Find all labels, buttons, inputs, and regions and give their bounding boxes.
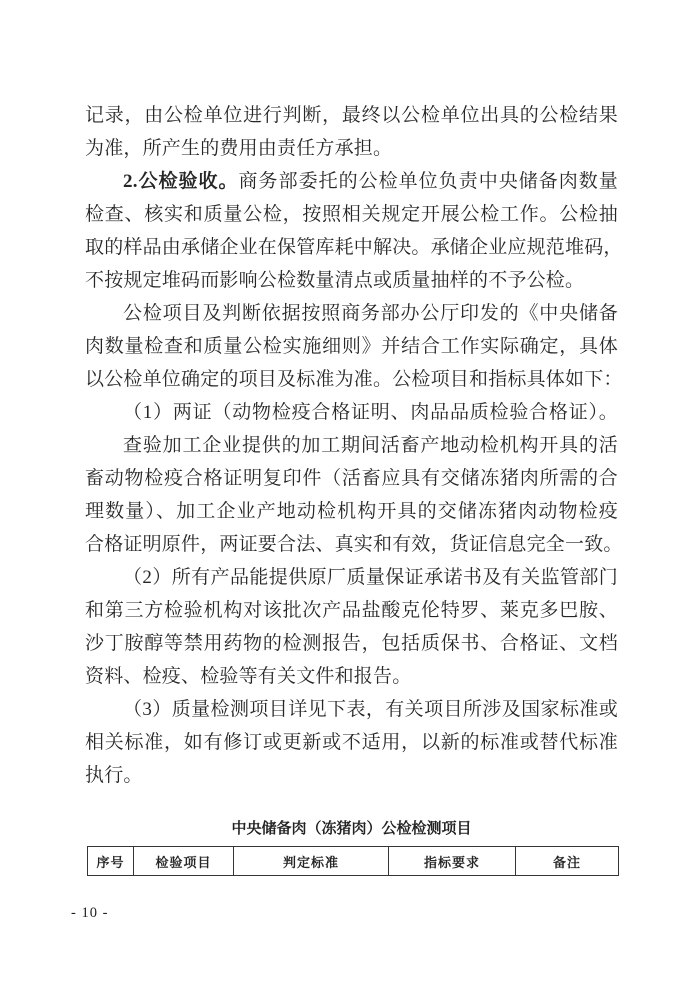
- body-line: 沙丁胺醇等禁用药物的检测报告，包括质保书、合格证、文档: [85, 627, 618, 660]
- body-line: 公检项目及判断依据按照商务部办公厅印发的《中央储备: [85, 297, 618, 330]
- document-page: 记录，由公检单位进行判断，最终以公检单位出具的公检结果 为准，所产生的费用由责任…: [0, 0, 700, 989]
- body-line: 查验加工企业提供的加工期间活畜产地动检机构开具的活: [85, 429, 618, 462]
- body-line: 不按规定堆码而影响公检数量清点或质量抽样的不予公检。: [85, 264, 618, 297]
- body-line: （1）两证（动物检疫合格证明、肉品品质检验合格证）。: [85, 396, 618, 429]
- body-line: 和第三方检验机构对该批次产品盐酸克伦特罗、莱克多巴胺、: [85, 594, 618, 627]
- body-text: 记录，由公检单位进行判断，最终以公检单位出具的公检结果 为准，所产生的费用由责任…: [85, 99, 618, 792]
- body-line: 理数量）、加工企业产地动检机构开具的交储冻猪肉动物检疫: [85, 495, 618, 528]
- body-line: 检查、核实和质量公检，按照相关规定开展公检工作。公检抽: [85, 198, 618, 231]
- body-line: 取的样品由承储企业在保管库耗中解决。承储企业应规范堆码，: [85, 231, 618, 264]
- col-header-standard: 判定标准: [234, 847, 389, 876]
- col-header-index: 序号: [88, 847, 134, 876]
- body-line: 2.公检验收。商务部委托的公检单位负责中央储备肉数量: [85, 165, 618, 198]
- body-line: 畜动物检疫合格证明复印件（活畜应具有交储冻猪肉所需的合: [85, 462, 618, 495]
- table-header-row: 序号 检验项目 判定标准 指标要求 备注: [88, 847, 619, 876]
- body-line: 执行。: [85, 759, 618, 792]
- inspection-items-table: 序号 检验项目 判定标准 指标要求 备注: [87, 846, 619, 876]
- col-header-requirement: 指标要求: [389, 847, 516, 876]
- body-line: 资料、检疫、检验等有关文件和报告。: [85, 660, 618, 693]
- body-line: （2）所有产品能提供原厂质量保证承诺书及有关监管部门: [85, 561, 618, 594]
- col-header-item: 检验项目: [134, 847, 234, 876]
- table-title: 中央储备肉（冻猪肉）公检检测项目: [85, 819, 618, 839]
- col-header-remark: 备注: [516, 847, 619, 876]
- body-line: （3）质量检测项目详见下表，有关项目所涉及国家标准或: [85, 693, 618, 726]
- body-line: 为准，所产生的费用由责任方承担。: [85, 132, 618, 165]
- body-line: 以公检单位确定的项目及标准为准。公检项目和指标具体如下：: [85, 363, 618, 396]
- body-line: 相关标准，如有修订或更新或不适用，以新的标准或替代标准: [85, 726, 618, 759]
- body-line: 记录，由公检单位进行判断，最终以公检单位出具的公检结果: [85, 99, 618, 132]
- bold-heading-inline: 2.公检验收。: [123, 171, 239, 192]
- body-line: 肉数量检查和质量公检实施细则》并结合工作实际确定，具体: [85, 330, 618, 363]
- body-line: 合格证明原件，两证要合法、真实和有效，货证信息完全一致。: [85, 528, 618, 561]
- page-number: - 10 -: [71, 905, 108, 922]
